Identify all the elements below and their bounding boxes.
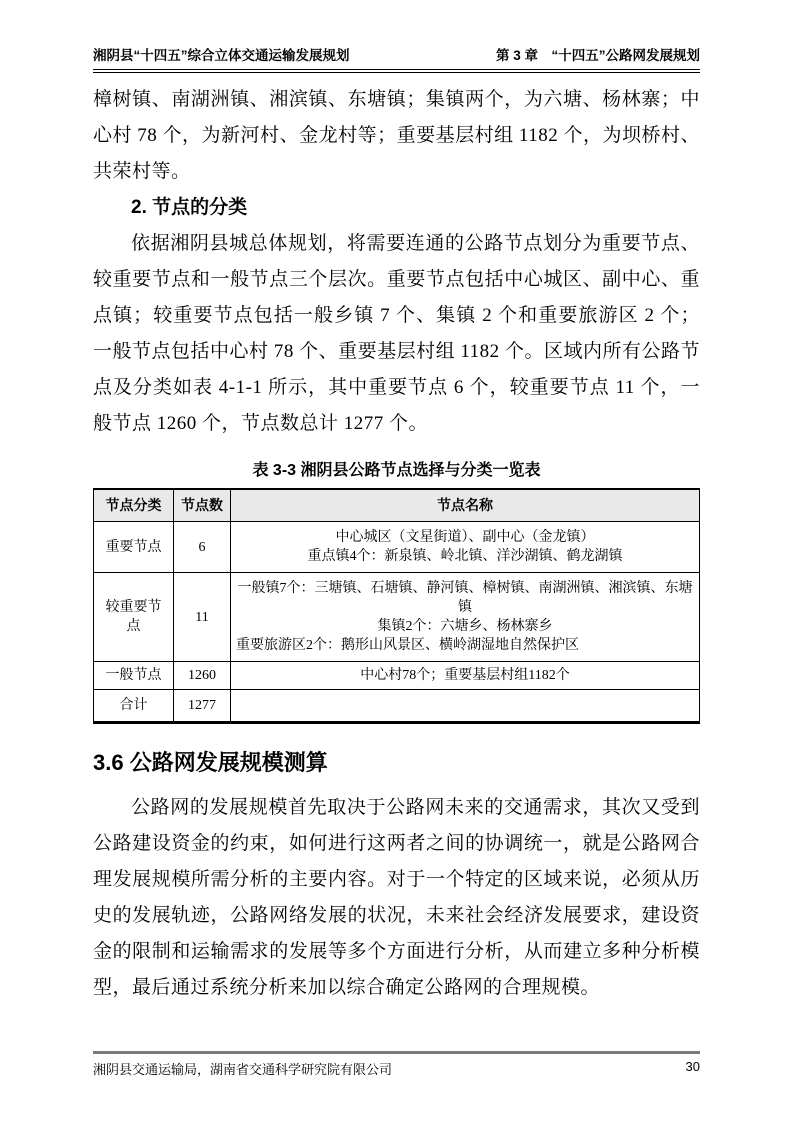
name-line: 重点镇4个：新泉镇、岭北镇、洋沙湖镇、鹤龙湖镇: [236, 547, 694, 566]
document-page: 湘阴县“十四五”综合立体交通运输发展规划 第 3 章 “十四五”公路网发展规划 …: [0, 0, 793, 1122]
cell-category: 较重要节点: [94, 573, 174, 662]
column-header-category: 节点分类: [94, 489, 174, 522]
cell-count: 6: [174, 522, 231, 573]
cell-names-empty: [231, 690, 700, 723]
body-paragraph-1: 樟树镇、南湖洲镇、湘滨镇、东塘镇；集镇两个，为六塘、杨林寨；中心村 78 个，为…: [93, 82, 700, 190]
node-classification-table: 节点分类 节点数 节点名称 重要节点 6 中心城区（文星街道）、副中心（金龙镇）…: [93, 488, 700, 724]
running-footer: 湘阴县交通运输局，湖南省交通科学研究院有限公司 30: [93, 1051, 700, 1078]
cell-count: 11: [174, 573, 231, 662]
table-caption: 表 3-3 湘阴县公路节点选择与分类一览表: [93, 457, 700, 480]
cell-count: 1277: [174, 690, 231, 723]
cell-category: 重要节点: [94, 522, 174, 573]
table-head: 节点分类 节点数 节点名称: [94, 489, 700, 522]
cell-category: 合计: [94, 690, 174, 723]
cell-names: 一般镇7个：三塘镇、石塘镇、静河镇、樟树镇、南湖洲镇、湘滨镇、东塘镇 集镇2个：…: [231, 573, 700, 662]
name-line: 集镇2个：六塘乡、杨林寨乡: [236, 617, 694, 636]
cell-category: 一般节点: [94, 662, 174, 690]
body-paragraph-2: 依据湘阴县城总体规划，将需要连通的公路节点划分为重要节点、较重要节点和一般节点三…: [93, 226, 700, 442]
column-header-count: 节点数: [174, 489, 231, 522]
table-row-less-important: 较重要节点 11 一般镇7个：三塘镇、石塘镇、静河镇、樟树镇、南湖洲镇、湘滨镇、…: [94, 573, 700, 662]
name-line: 一般镇7个：三塘镇、石塘镇、静河镇、樟树镇、南湖洲镇、湘滨镇、东塘镇: [236, 579, 694, 617]
footer-page-number: 30: [686, 1059, 700, 1078]
section-heading-3-6: 3.6 公路网发展规模测算: [93, 748, 700, 778]
header-right-chapter: 第 3 章 “十四五”公路网发展规划: [496, 44, 700, 64]
header-left-title: 湘阴县“十四五”综合立体交通运输发展规划: [93, 44, 350, 64]
body-paragraph-3: 公路网的发展规模首先取决于公路网未来的交通需求，其次又受到公路建设资金的约束，如…: [93, 790, 700, 1006]
cell-names: 中心城区（文星街道）、副中心（金龙镇） 重点镇4个：新泉镇、岭北镇、洋沙湖镇、鹤…: [231, 522, 700, 573]
name-line: 中心村78个；重要基层村组1182个: [236, 666, 694, 685]
table-row-total: 合计 1277: [94, 690, 700, 723]
table-header-row: 节点分类 节点数 节点名称: [94, 489, 700, 522]
table-row-important: 重要节点 6 中心城区（文星街道）、副中心（金龙镇） 重点镇4个：新泉镇、岭北镇…: [94, 522, 700, 573]
name-line: 中心城区（文星街道）、副中心（金龙镇）: [236, 528, 694, 547]
table-body: 重要节点 6 中心城区（文星街道）、副中心（金龙镇） 重点镇4个：新泉镇、岭北镇…: [94, 522, 700, 723]
footer-organizations: 湘阴县交通运输局，湖南省交通科学研究院有限公司: [93, 1059, 392, 1078]
cell-names: 中心村78个；重要基层村组1182个: [231, 662, 700, 690]
cell-count: 1260: [174, 662, 231, 690]
running-header: 湘阴县“十四五”综合立体交通运输发展规划 第 3 章 “十四五”公路网发展规划: [93, 44, 700, 73]
name-line: 重要旅游区2个：鹅形山风景区、横岭湖湿地自然保护区: [236, 636, 694, 655]
column-header-name: 节点名称: [231, 489, 700, 522]
table-row-general: 一般节点 1260 中心村78个；重要基层村组1182个: [94, 662, 700, 690]
subsection-heading-node-classification: 2. 节点的分类: [93, 190, 700, 226]
